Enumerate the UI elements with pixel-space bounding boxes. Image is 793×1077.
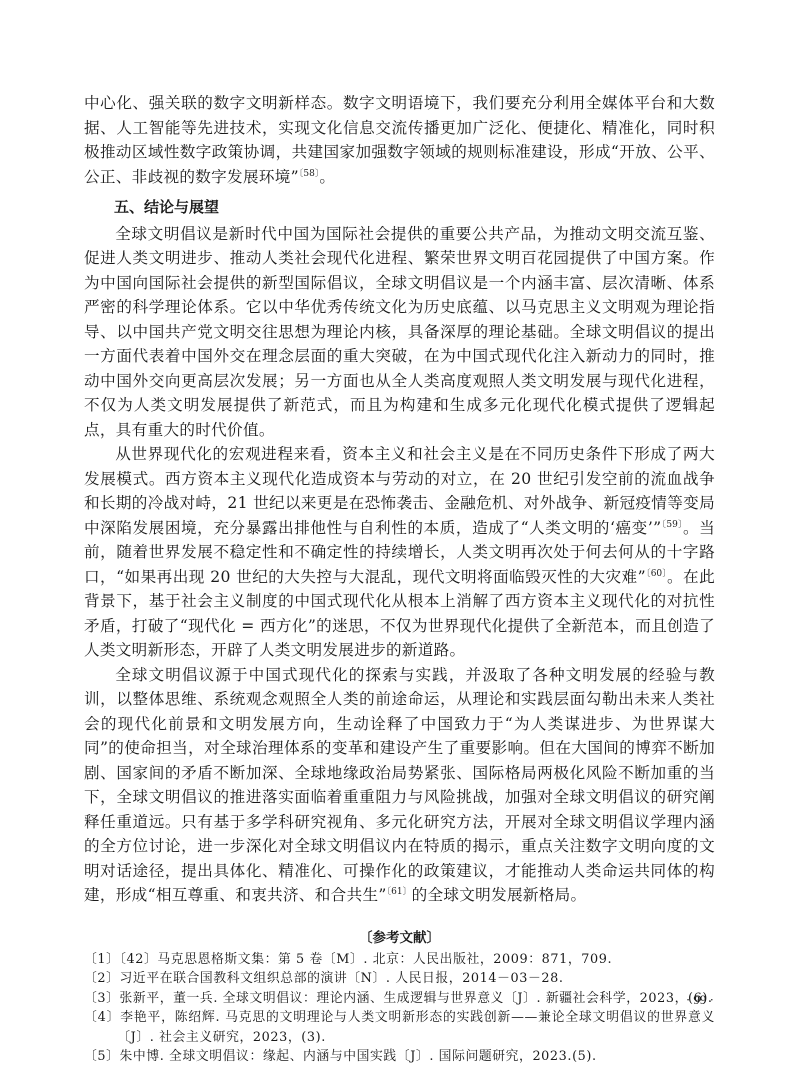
body-paragraph-2: 从世界现代化的宏观进程来看，资本主义和社会主义是在不同历史条件下形成了两大发展模… (84, 442, 715, 663)
page-number: · 99 · (686, 992, 714, 1008)
body-paragraph-1: 全球文明倡议是新时代中国为国际社会提供的重要公共产品，为推动文明交流互鉴、促进人… (84, 222, 715, 443)
reference-item: 〔3〕张新平，董一兵. 全球文明倡议：理论内涵、生成逻辑与世界意义〔J〕. 新疆… (84, 989, 715, 1009)
citation-marker: 〔59〕 (661, 520, 683, 530)
references-heading: 〔参考文献〕 (84, 928, 715, 948)
citation-marker: 〔60〕 (646, 569, 667, 579)
citation-marker: 〔58〕 (299, 169, 319, 179)
page-body: 中心化、强关联的数字文明新样态。数字文明语境下，我们要充分利用全媒体平台和大数据… (84, 91, 715, 1067)
body-paragraph-3: 全球文明倡议源于中国式现代化的探索与实践，并汲取了各种文明发展的经验与教训，以整… (84, 663, 715, 908)
reference-item: 〔1〕〔42〕马克思恩格斯文集：第 5 卷〔M〕. 北京：人民出版社，2009：… (84, 950, 715, 970)
section-heading: 五、结论与展望 (84, 195, 715, 220)
paragraph-text: 全球文明倡议是新时代中国为国际社会提供的重要公共产品，为推动文明交流互鉴、促进人… (84, 225, 715, 439)
citation-marker: 〔61〕 (387, 887, 412, 897)
paragraph-text: 中心化、强关联的数字文明新样态。数字文明语境下，我们要充分利用全媒体平台和大数据… (84, 94, 715, 186)
paragraph-text: 的全球文明发展新格局。 (412, 886, 587, 904)
references-list: 〔1〕〔42〕马克思恩格斯文集：第 5 卷〔M〕. 北京：人民出版社，2009：… (84, 950, 715, 1067)
continuation-paragraph: 中心化、强关联的数字文明新样态。数字文明语境下，我们要充分利用全媒体平台和大数据… (84, 91, 715, 189)
paragraph-text: 从世界现代化的宏观进程来看，资本主义和社会主义是在不同历史条件下形成了两大发展模… (84, 445, 715, 537)
paragraph-text: 全球文明倡议源于中国式现代化的探索与实践，并汲取了各种文明发展的经验与教训，以整… (84, 666, 715, 905)
paragraph-tail: 。 (319, 168, 335, 186)
reference-item: 〔2〕习近平在联合国教科文组织总部的演讲〔N〕. 人民日报，2014－03－28… (84, 969, 715, 989)
reference-item: 〔5〕朱中博. 全球文明倡议：缘起、内涵与中国实践〔J〕. 国际问题研究，202… (84, 1047, 715, 1067)
reference-item: 〔4〕李艳平，陈绍辉. 马克思的文明理论与人类文明新形态的实践创新——兼论全球文… (84, 1008, 715, 1047)
